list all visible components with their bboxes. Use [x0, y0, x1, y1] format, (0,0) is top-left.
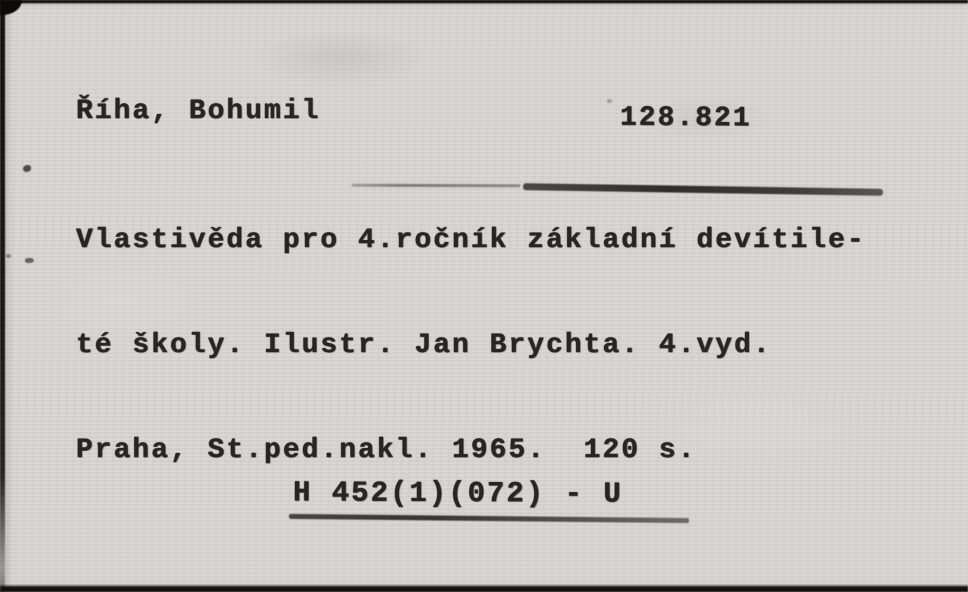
accession-number: 128.821: [620, 103, 752, 135]
library-catalog-card-scan: Říha, Bohumil 128.821 Vlastivěda pro 4.r…: [0, 0, 968, 592]
description-line-2: té školy. Ilustr. Jan Brychta. 4.vyd.: [76, 328, 866, 363]
description-line-1: Vlastivěda pro 4.ročník základní devítil…: [76, 223, 866, 258]
description-line-3: Praha, St.ped.nakl. 1965. 120 s.: [76, 433, 866, 468]
underline-rocnik: [352, 184, 520, 188]
call-number: H 452(1)(072) - U: [293, 476, 623, 510]
typewritten-layer: Říha, Bohumil 128.821 Vlastivěda pro 4.r…: [0, 0, 968, 592]
author-heading: Říha, Bohumil: [76, 96, 320, 127]
